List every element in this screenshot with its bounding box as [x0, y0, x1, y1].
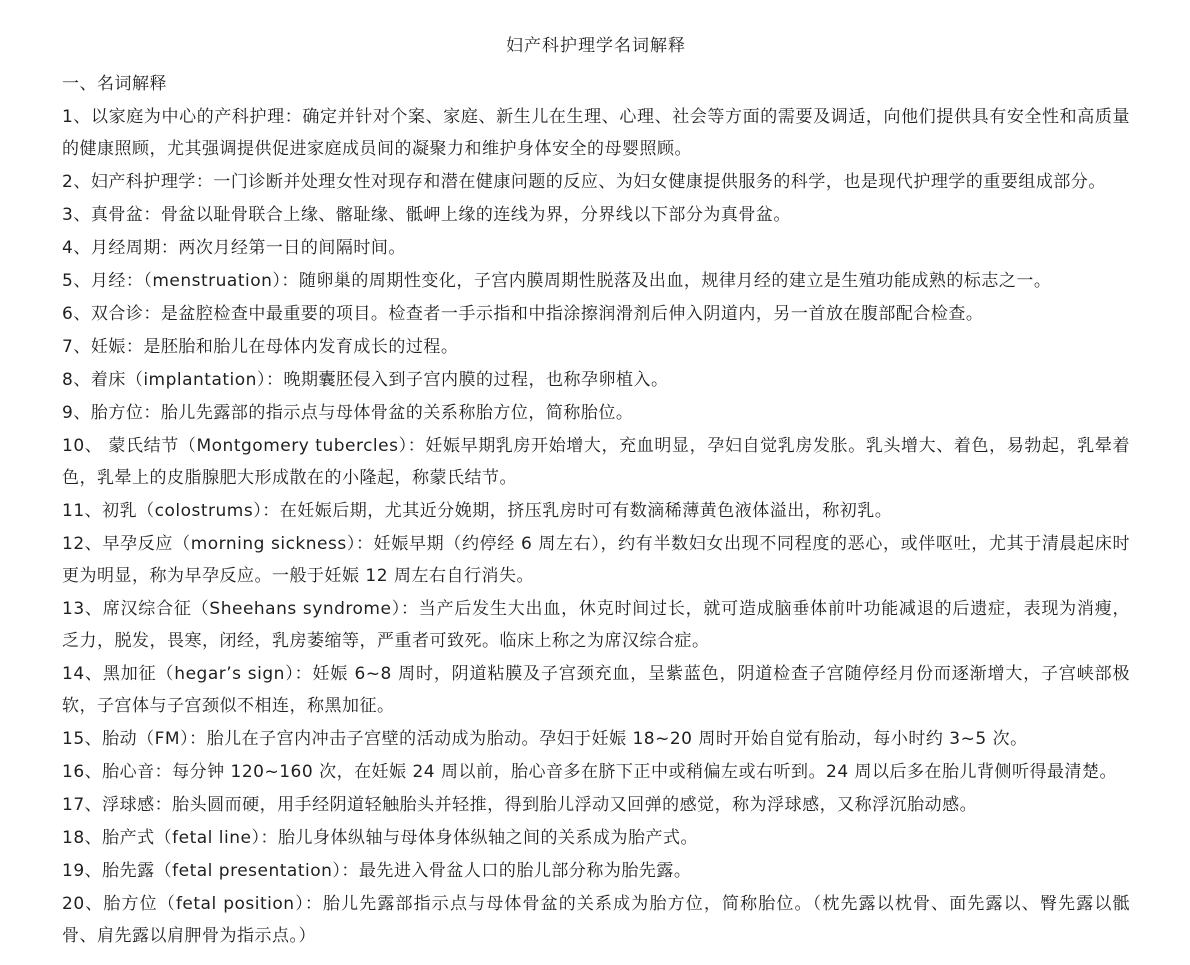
definition-item-17: 17、浮球感：胎头圆而硬，用手经阴道轻触胎头并轻推，得到胎儿浮动又回弹的感觉，称…: [62, 789, 1130, 821]
definition-item-20: 20、胎方位（fetal position）：胎儿先露部指示点与母体骨盆的关系成…: [62, 888, 1130, 952]
definition-item-12: 12、早孕反应（morning sickness）：妊娠早期（约停经 6 周左右…: [62, 528, 1130, 592]
section-heading: 一、名词解释: [62, 68, 1130, 100]
document-page: 妇产科护理学名词解释 一、名词解释 1、以家庭为中心的产科护理：确定并针对个案、…: [0, 0, 1190, 965]
definition-item-18: 18、胎产式（fetal line）：胎儿身体纵轴与母体身体纵轴之间的关系成为胎…: [62, 822, 1130, 854]
definition-item-6: 6、双合诊：是盆腔检查中最重要的项目。检查者一手示指和中指涂擦润滑剂后伸入阴道内…: [62, 298, 1130, 330]
definition-item-1: 1、以家庭为中心的产科护理：确定并针对个案、家庭、新生儿在生理、心理、社会等方面…: [62, 101, 1130, 165]
definition-item-3: 3、真骨盆：骨盆以耻骨联合上缘、髂耻缘、骶岬上缘的连线为界，分界线以下部分为真骨…: [62, 199, 1130, 231]
definition-item-7: 7、妊娠：是胚胎和胎儿在母体内发育成长的过程。: [62, 331, 1130, 363]
definition-item-5: 5、月经：（menstruation）：随卵巢的周期性变化，子宫内膜周期性脱落及…: [62, 265, 1130, 297]
definition-item-9: 9、胎方位：胎儿先露部的指示点与母体骨盆的关系称胎方位，简称胎位。: [62, 397, 1130, 429]
definition-item-15: 15、胎动（FM）：胎儿在子宫内冲击子宫壁的活动成为胎动。孕妇于妊娠 18~20…: [62, 723, 1130, 755]
definition-item-4: 4、月经周期：两次月经第一日的间隔时间。: [62, 232, 1130, 264]
definition-item-2: 2、妇产科护理学：一门诊断并处理女性对现存和潜在健康问题的反应、为妇女健康提供服…: [62, 166, 1130, 198]
definition-item-8: 8、着床（implantation）：晚期囊胚侵入到子宫内膜的过程，也称孕卵植入…: [62, 364, 1130, 396]
document-title: 妇产科护理学名词解释: [62, 34, 1130, 58]
definition-item-11: 11、初乳（colostrums）：在妊娠后期，尤其近分娩期，挤压乳房时可有数滴…: [62, 495, 1130, 527]
definition-item-14: 14、黑加征（hegar’s sign）：妊娠 6~8 周时，阴道粘膜及子宫颈充…: [62, 658, 1130, 722]
definition-item-10: 10、 蒙氏结节（Montgomery tubercles）：妊娠早期乳房开始增…: [62, 430, 1130, 494]
definition-item-13: 13、席汉综合征（Sheehans syndrome）：当产后发生大出血，休克时…: [62, 593, 1130, 657]
definition-item-19: 19、胎先露（fetal presentation）：最先进入骨盆人口的胎儿部分…: [62, 855, 1130, 887]
definition-item-16: 16、胎心音：每分钟 120~160 次，在妊娠 24 周以前，胎心音多在脐下正…: [62, 756, 1130, 788]
